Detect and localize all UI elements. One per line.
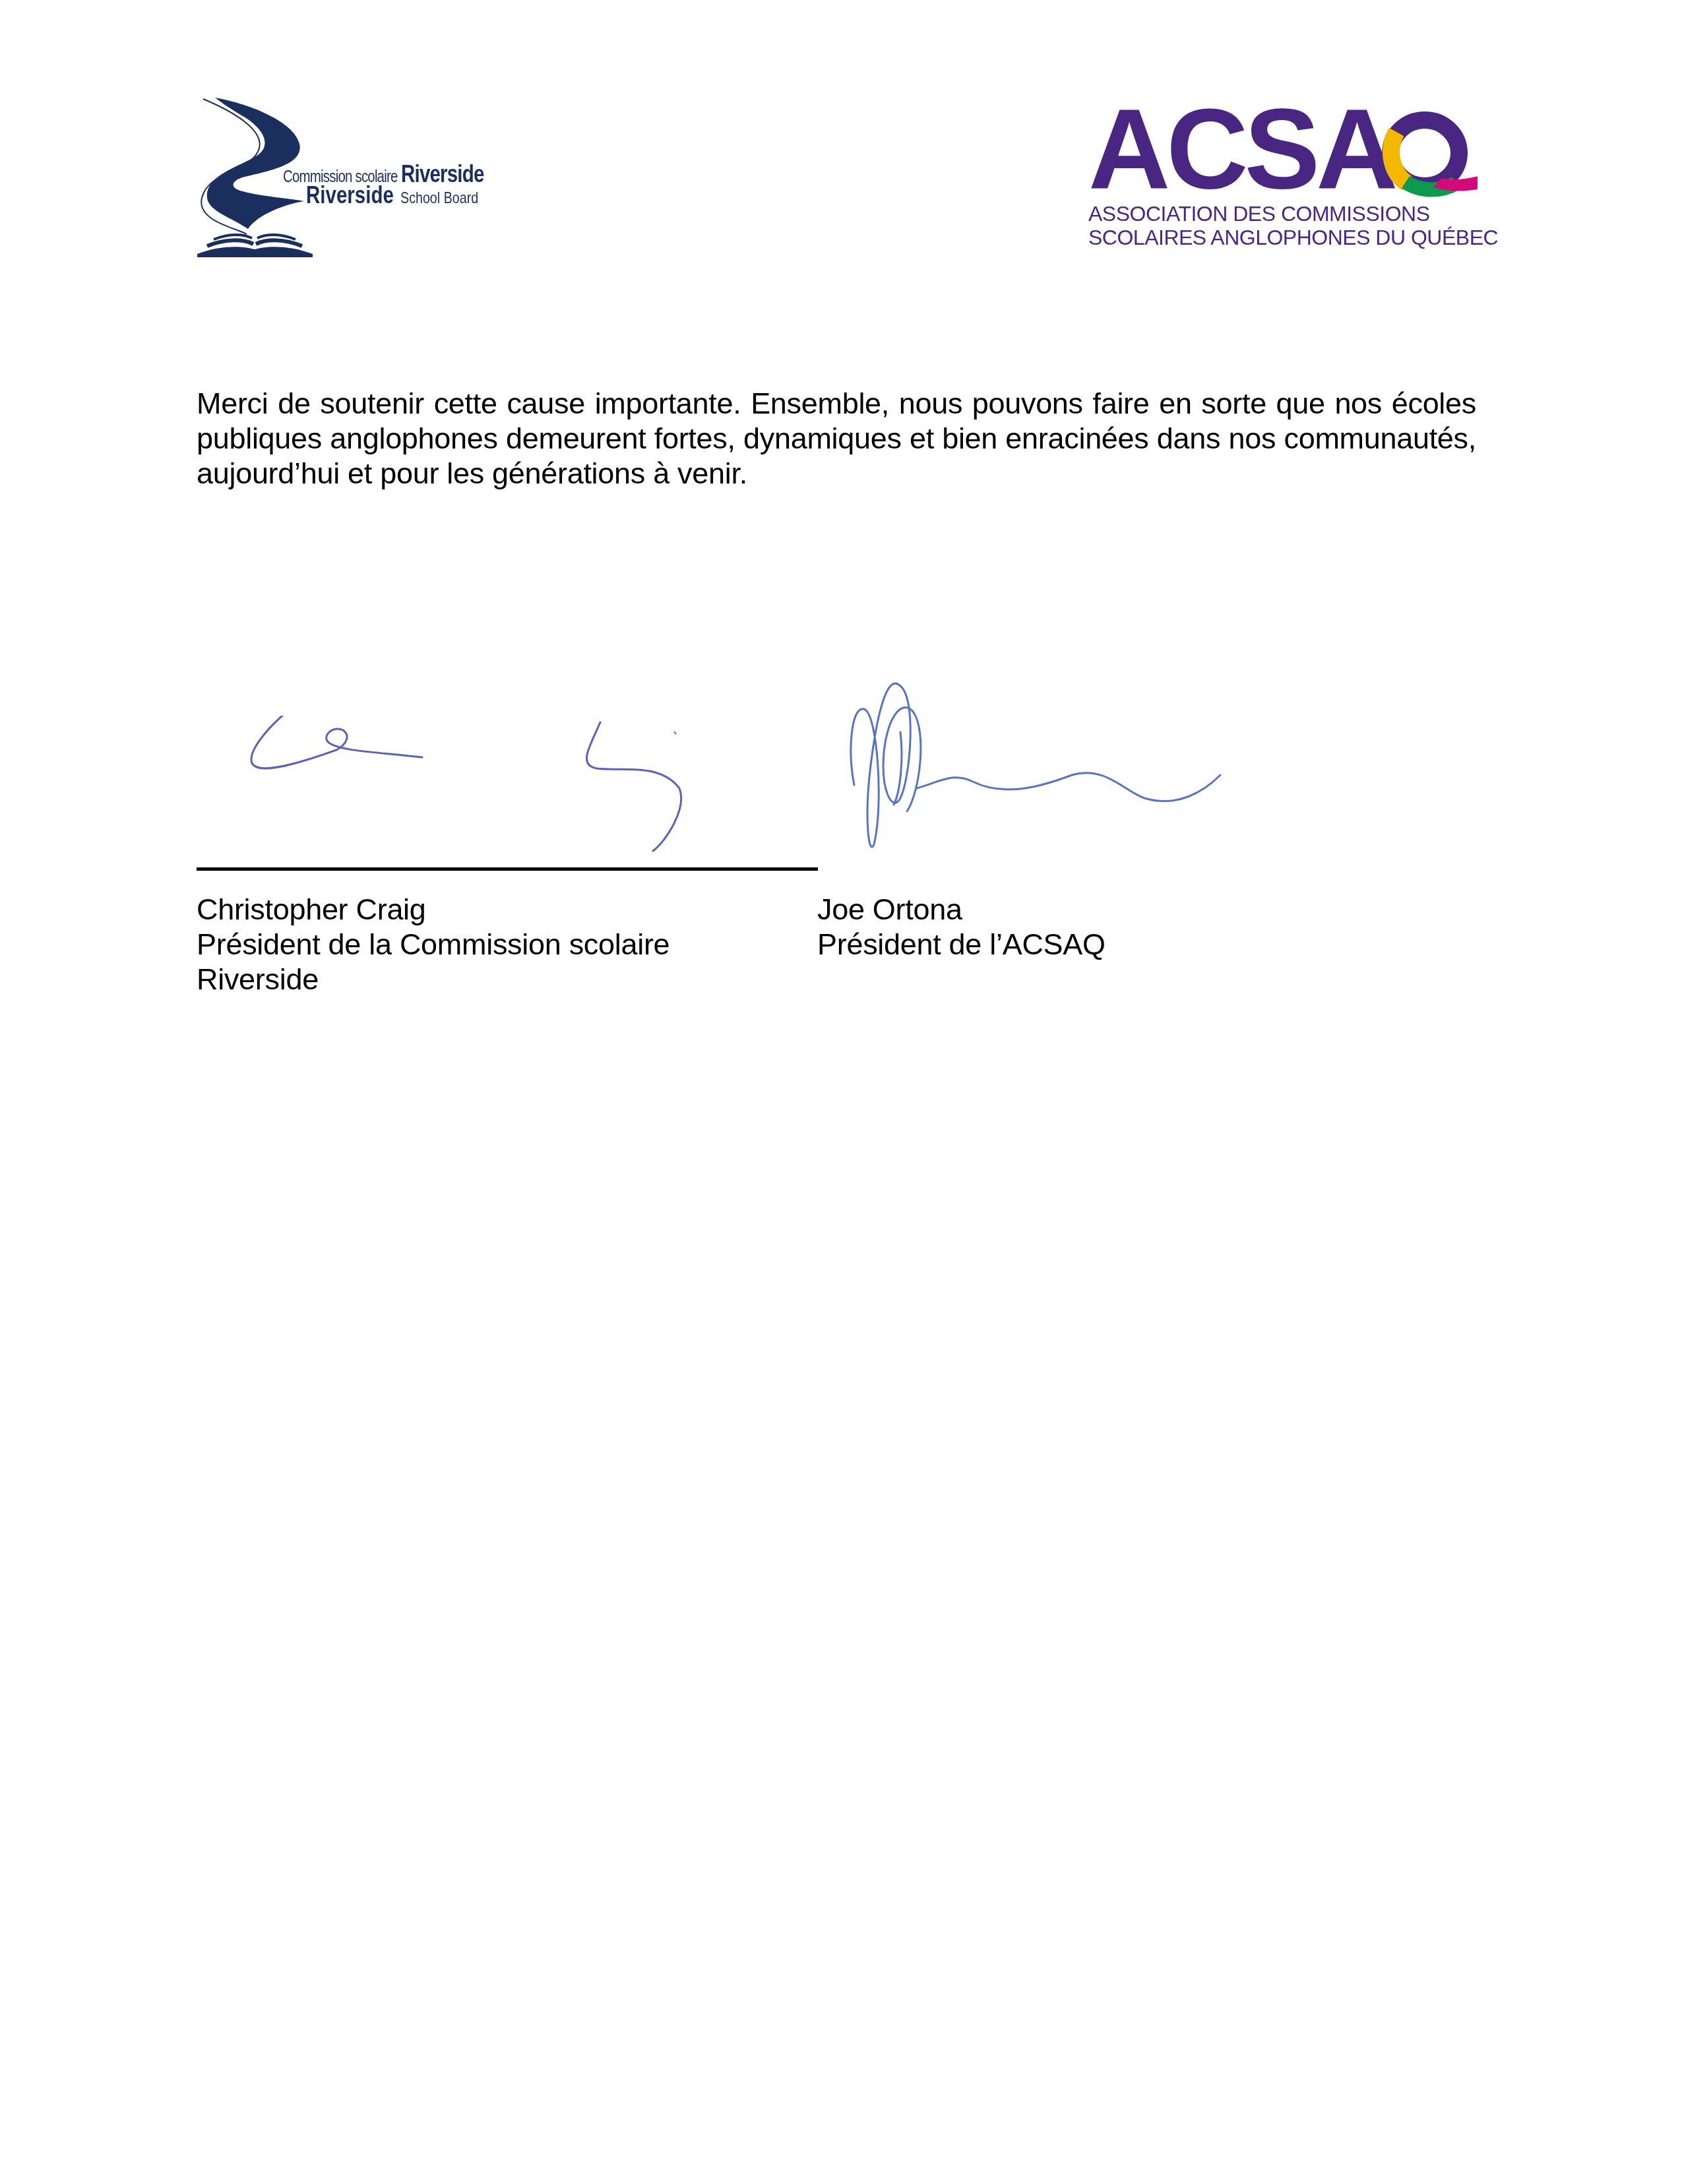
- riverside-logo: Commission scolaire Riverside Riverside …: [195, 92, 525, 257]
- signature-line: [197, 867, 818, 871]
- acsaq-wordmark-graphic: ACSA: [1088, 106, 1478, 198]
- signature-joe-ortona: [834, 660, 1283, 858]
- svg-text:ACSA: ACSA: [1088, 106, 1395, 198]
- signer-title: Président de la Commission scolaire: [197, 927, 790, 962]
- signer-title-continued: Riverside: [197, 962, 790, 997]
- body-paragraph: Merci de soutenir cette cause importante…: [197, 386, 1476, 491]
- acsaq-subtitle-line1: ASSOCIATION DES COMMISSIONS: [1088, 203, 1430, 224]
- signer-title: Président de l’ACSAQ: [817, 927, 1411, 962]
- acsaq-logo: ACSAQ ACSA ASSOCIATION DES COMMISSIONS S…: [1088, 106, 1478, 257]
- logo-text-school-board: School Board: [400, 189, 478, 208]
- signer-name: Joe Ortona: [817, 892, 1411, 927]
- signature-christopher-craig: [244, 716, 719, 861]
- riverside-logo-line2: Riverside School Board: [306, 181, 495, 209]
- signer-name: Christopher Craig: [197, 892, 790, 927]
- signer-block-left: Christopher Craig Président de la Commis…: [197, 892, 790, 997]
- logo-text-riverside-2: Riverside: [306, 181, 394, 209]
- signer-block-right: Joe Ortona Président de l’ACSAQ: [817, 892, 1411, 962]
- acsaq-subtitle-line2: SCOLAIRES ANGLOPHONES DU QUÉBEC: [1088, 227, 1498, 248]
